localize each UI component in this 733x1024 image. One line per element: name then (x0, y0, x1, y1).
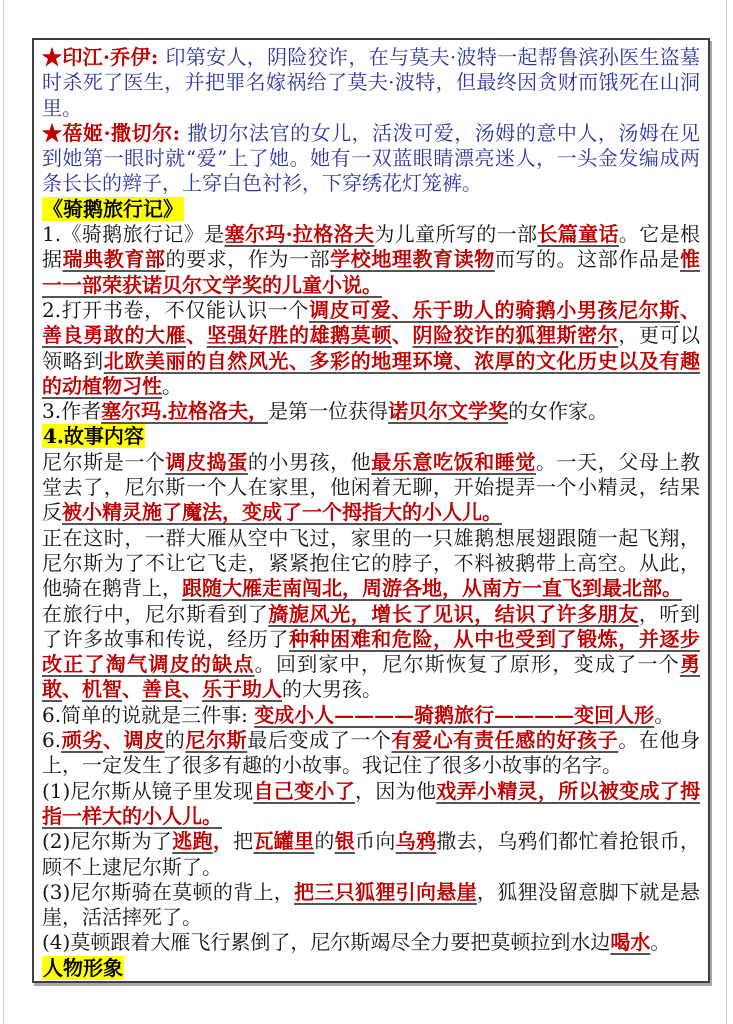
text-segment: 尼尔斯是一个 (42, 450, 165, 474)
text-segment: 学校地理教育读物 (330, 247, 495, 271)
text-segment: 。回到家中，尼尔斯恢复了原形，变成了一个 (255, 652, 680, 676)
text-segment: 6. (42, 728, 61, 752)
text-segment: 的 (314, 829, 334, 853)
text-segment: 北欧美丽的自然风光、多彩的地理环境、浓厚的文化历史以及有趣的动植物习性 (42, 349, 700, 398)
text-segment: 善良 (142, 677, 182, 701)
text-segment: 而写的。这部作品是 (495, 247, 680, 271)
section-heading: 《骑鹅旅行记》 (42, 197, 184, 221)
text-segment: 塞尔玛.拉格洛夫， (101, 399, 268, 423)
text-segment: 坚强好胜的雄鹅莫顿 (207, 323, 392, 347)
para-book-characters: 2.打开书卷，不仅能认识一个调皮可爱、乐于助人的骑鹅小男孩尼尔斯、善良勇敢的大雁… (42, 298, 700, 399)
para-story-1: (1)尼尔斯从镜子里发现自己变小了，因为他戏弄小精灵，所以被变成了拇指一样大的小… (42, 779, 700, 830)
text-segment: 跟随大雁走南闯北，周游各地，从南方一直飞到最北部。 (182, 576, 682, 600)
text-segment: 逃跑 (172, 829, 213, 853)
text-segment: 6.简单的说就是三件事: (42, 703, 254, 727)
text-segment: 调皮捣蛋 (165, 450, 247, 474)
section-heading: 4.故事内容 (42, 424, 145, 448)
text-segment: 的女作家。 (508, 399, 608, 423)
text-segment: 、 (62, 677, 82, 701)
text-segment: 1.《骑鹅旅行记》是 (42, 222, 224, 246)
text-segment: (2)尼尔斯为了 (42, 829, 172, 853)
text-segment: (4)莫顿跟着大雁飞行累倒了，尼尔斯竭尽全力要把莫顿拉到水边 (42, 930, 610, 954)
text-segment: 的小男孩，他 (248, 450, 371, 474)
text-segment: 乐于助人 (202, 677, 282, 701)
text-segment: 瑞典教育部 (63, 247, 166, 271)
character-becky-thatcher: ★蓓姬·撒切尔: 撒切尔法官的女儿，活泼可爱，汤姆的意中人，汤姆在见到她第一眼时… (42, 121, 700, 197)
text-segment: ★印江·乔伊: (42, 45, 166, 69)
para-three-events: 6.简单的说就是三件事: 变成小人————骑鹅旅行————变回人形。 (42, 703, 700, 728)
text-segment: 最后变成了一个 (247, 728, 391, 752)
text-segment: ★蓓姬·撒切尔: (42, 121, 187, 145)
text-segment: 在旅行中，尼尔斯看到了 (42, 602, 268, 626)
para-journey: 在旅行中，尼尔斯看到了旖旎风光，增长了见识，结识了许多朋友，听到了许多故事和传说… (42, 602, 700, 703)
text-segment: 把 (233, 829, 253, 853)
character-injun-joe: ★印江·乔伊: 印第安人，阴险狡诈，在与莫夫·波特一起帮鲁滨孙医生盗墓时杀死了医… (42, 45, 700, 121)
document-content-box: ★印江·乔伊: 印第安人，阴险狡诈，在与莫夫·波特一起帮鲁滨孙医生盗墓时杀死了医… (32, 38, 710, 983)
para-story-3: (3)尼尔斯骑在莫顿的背上，把三只狐狸引向悬崖，狐狸没留意脚下就是悬崖，活活摔死… (42, 880, 700, 931)
text-segment: 银 (335, 829, 355, 853)
para-transformation: 6.顽劣、调皮的尼尔斯最后变成了一个有爱心有责任感的好孩子。在他身上，一定发生了… (42, 728, 700, 779)
text-segment: 最乐意吃饭和睡觉 (371, 450, 536, 474)
text-segment: 。 (650, 930, 670, 954)
text-segment: 为儿童所写的一部 (374, 222, 537, 246)
text-segment: 的 (165, 728, 186, 752)
text-segment: 3.作者 (42, 399, 101, 423)
text-segment: 变成小人————骑鹅旅行————变回人形 (254, 703, 654, 727)
text-segment: 阴险狡诈的狐狸斯密尔 (413, 323, 619, 347)
para-author: 3.作者塞尔玛.拉格洛夫，是第一位获得诺贝尔文学奖的女作家。 (42, 399, 700, 424)
text-segment: 长篇童话 (537, 222, 619, 246)
heading-nils-book-title: 《骑鹅旅行记》 (42, 197, 700, 222)
text-segment: 。 (654, 703, 674, 727)
text-segment: 自己变小了 (253, 779, 355, 803)
text-segment: 。 (162, 374, 182, 398)
text-segment: ，因为他 (355, 779, 436, 803)
text-segment: 、 (182, 677, 202, 701)
text-segment: 、 (122, 677, 142, 701)
page-edge-right (726, 0, 727, 1024)
text-segment: 、 (680, 298, 700, 322)
text-segment: 、 (186, 323, 207, 347)
text-segment: 塞尔玛·拉格洛夫 (224, 222, 374, 246)
para-nils-intro: 尼尔斯是一个调皮捣蛋的小男孩，他最乐意吃饭和睡觉。一天，父母上教堂去了，尼尔斯一… (42, 450, 700, 526)
text-segment: 顽劣 (61, 728, 103, 752)
text-segment: 瓦罐里 (253, 829, 314, 853)
text-segment: 币向 (355, 829, 396, 853)
para-story-4: (4)莫顿跟着大雁飞行累倒了，尼尔斯竭尽全力要把莫顿拉到水边喝水。 (42, 930, 700, 955)
text-segment: 机智 (82, 677, 122, 701)
text-segment: 的要求，作为一部 (166, 247, 331, 271)
para-goose-flight: 正在这时，一群大雁从空中飞过，家里的一只雄鹅想展翅跟随一起飞翔，尼尔斯为了不让它… (42, 526, 700, 602)
text-segment: 的大男孩。 (282, 677, 382, 701)
para-book-intro: 1.《骑鹅旅行记》是塞尔玛·拉格洛夫为儿童所写的一部长篇童话。它是根据瑞典教育部… (42, 222, 700, 298)
text-segment: 被小精灵施了魔法，变成了一个拇指大的小人儿。 (62, 500, 502, 524)
text-segment: 尼尔斯 (185, 728, 247, 752)
para-story-2: (2)尼尔斯为了逃跑，把瓦罐里的银币向乌鸦撒去，乌鸦们都忙着抢银币，顾不上逮尼尔… (42, 829, 700, 880)
text-segment: 是第一位获得 (268, 399, 388, 423)
text-segment: 调皮 (124, 728, 165, 752)
text-segment: 、 (392, 323, 413, 347)
text-segment: (1)尼尔斯从镜子里发现 (42, 779, 253, 803)
text-segment: 2.打开书卷，不仅能认识一个 (42, 298, 309, 322)
text-segment: 调皮可爱、乐于助人的骑鹅小男孩尼尔斯 (309, 298, 680, 322)
text-segment: 乌鸦 (396, 829, 437, 853)
section-heading: 人物形象 (42, 956, 124, 980)
heading-character-images: 人物形象 (42, 956, 700, 981)
heading-story-content: 4.故事内容 (42, 424, 700, 449)
text-segment: (3)尼尔斯骑在莫顿的背上， (42, 880, 294, 904)
text-segment: 诺贝尔文学奖 (388, 399, 508, 423)
text-segment: ， (213, 829, 233, 853)
text-segment: 把三只狐狸引向悬崖 (294, 880, 477, 904)
page-edge-left (3, 0, 4, 1024)
text-segment: 有爱心有责任感的好孩子 (392, 728, 619, 752)
text-segment: 喝水 (610, 930, 650, 954)
text-segment: 善良勇敢的大雁 (42, 323, 186, 347)
para-character-list: ★猎狗卡尔、绿头鸭雅洛、小麋鹿灰皮子、灰雁邓芬、老鹰高尔果、渡鸦巴塔基、黑老鼠等… (42, 981, 700, 983)
text-segment: ★猎狗卡尔、绿头鸭雅洛、小麋鹿灰皮子、灰雁邓芬、老鹰高尔果、渡鸦巴塔基、黑老鼠等… (42, 981, 700, 983)
text-segment: 旖旎风光，增长了见识，结识了许多朋友 (268, 602, 638, 626)
text-segment: 、 (103, 728, 124, 752)
